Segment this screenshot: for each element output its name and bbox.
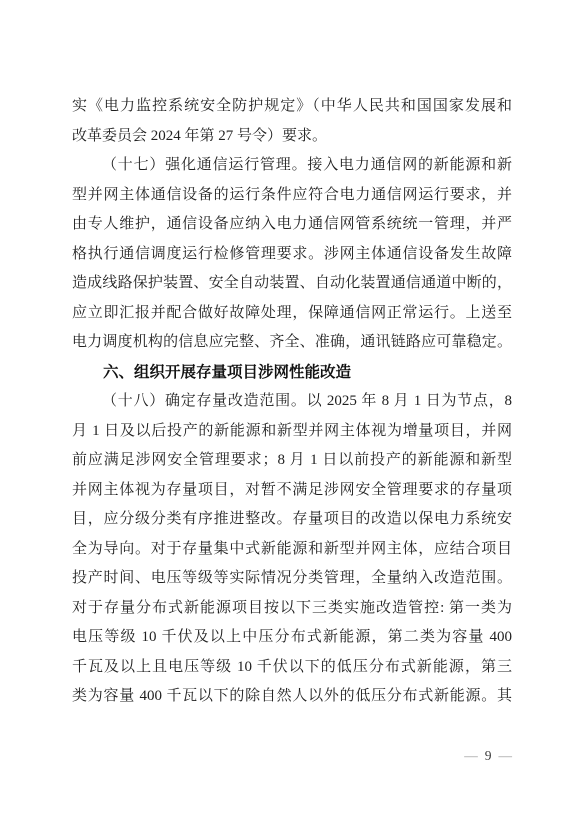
footer-dash-right: — xyxy=(499,748,513,763)
document-line-7: 造成线路保护装置、安全自动装置、自动化装置通信通道中断的， xyxy=(72,269,512,299)
document-line-12: 月 1 日及以后投产的新能源和新型并网主体视为增量项目，并网 xyxy=(72,417,512,447)
document-line-4: 型并网主体通信设备的运行条件应符合电力通信网运行要求，并 xyxy=(72,181,512,211)
page-footer: —9— xyxy=(464,746,512,766)
document-line-9: 电力调度机构的信息应完整、齐全、准确，通讯链路应可靠稳定。 xyxy=(72,328,512,358)
document-line-13: 前应满足涉网安全管理要求；8 月 1 日以前投产的新能源和新型 xyxy=(72,446,512,476)
document-line-16: 全为导向。对于存量集中式新能源和新型并网主体，应结合项目 xyxy=(72,535,512,565)
document-line-3: （十七）强化通信运行管理。接入电力通信网的新能源和新 xyxy=(72,151,512,181)
document-line-6: 格执行通信调度运行检修管理要求。涉网主体通信设备发生故障 xyxy=(72,240,512,270)
document-body: 实《电力监控系统安全防护规定》（中华人民共和国国家发展和 改革委员会 2024 … xyxy=(72,92,512,712)
document-line-18: 对于存量分布式新能源项目按以下三类实施改造管控: 第一类为 xyxy=(72,594,512,624)
document-line-2: 改革委员会 2024 年第 27 号令）要求。 xyxy=(72,122,512,152)
document-line-14: 并网主体视为存量项目，对暂不满足涉网安全管理要求的存量项 xyxy=(72,476,512,506)
document-line-8: 应立即汇报并配合做好故障处理，保障通信网正常运行。上送至 xyxy=(72,299,512,329)
document-line-11: （十八）确定存量改造范围。以 2025 年 8 月 1 日为节点，8 xyxy=(72,387,512,417)
document-line-21: 类为容量 400 千瓦以下的除自然人以外的低压分布式新能源。其 xyxy=(72,682,512,712)
document-page: 实《电力监控系统安全防护规定》（中华人民共和国国家发展和 改革委员会 2024 … xyxy=(0,0,583,815)
document-line-20: 千瓦及以上且电压等级 10 千伏以下的低压分布式新能源，第三 xyxy=(72,653,512,683)
document-line-17: 投产时间、电压等级等实际情况分类管理，全量纳入改造范围。 xyxy=(72,564,512,594)
page-number: 9 xyxy=(485,748,492,763)
document-line-1: 实《电力监控系统安全防护规定》（中华人民共和国国家发展和 xyxy=(72,92,512,122)
footer-dash-left: — xyxy=(464,748,478,763)
document-line-5: 由专人维护，通信设备应纳入电力通信网管系统统一管理，并严 xyxy=(72,210,512,240)
document-line-15: 目，应分级分类有序推进整改。存量项目的改造以保电力系统安 xyxy=(72,505,512,535)
section-heading: 六、组织开展存量项目涉网性能改造 xyxy=(72,358,512,388)
document-line-19: 电压等级 10 千伏及以上中压分布式新能源，第二类为容量 400 xyxy=(72,623,512,653)
